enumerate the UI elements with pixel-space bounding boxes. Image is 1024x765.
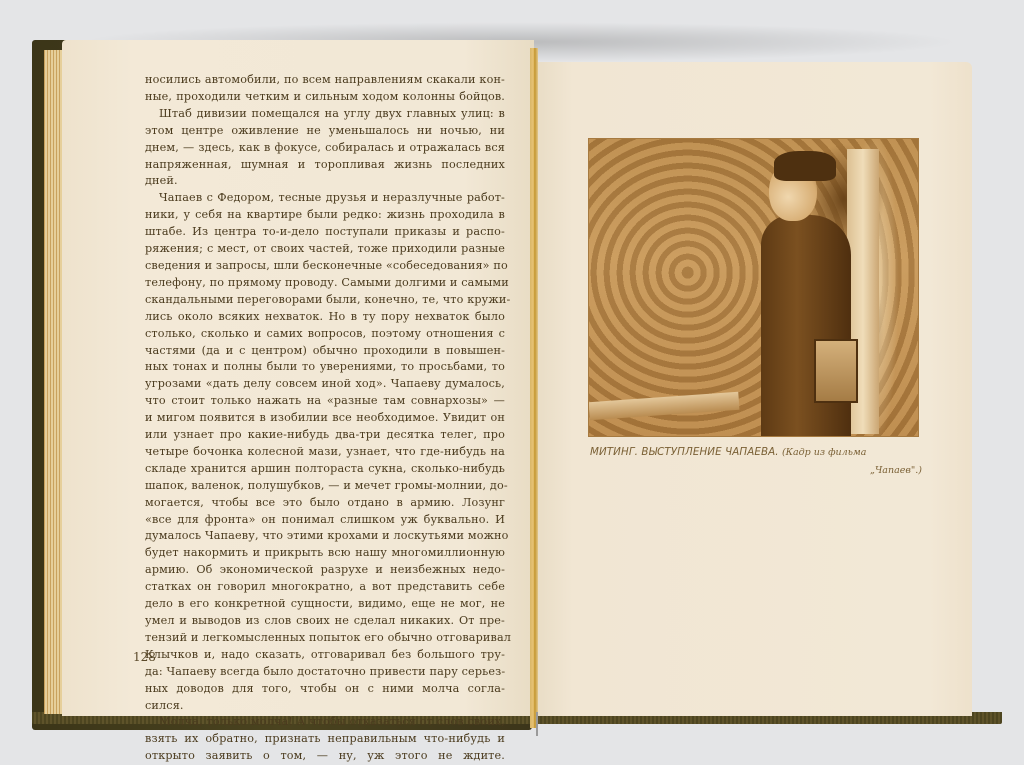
text-line: скандальными переговорами были, конечно,…	[145, 292, 505, 309]
text-line: лись около всяких нехваток. Но в ту пору…	[145, 309, 505, 326]
left-page-text: носились автомобили, по всем направления…	[145, 72, 505, 765]
text-line: складе хранится аршин полтораста сукна, …	[145, 461, 505, 478]
page-number: 128	[133, 650, 156, 664]
text-line: носились автомобили, по всем направления…	[145, 72, 505, 89]
text-line: ники, у себя на квартире были редко: жиз…	[145, 207, 505, 224]
book-spine-gutter	[530, 48, 538, 728]
text-line: будет накормить и прикрыть всю нашу мног…	[145, 545, 505, 562]
text-line: думалось Чапаеву, что этими крохами и ло…	[145, 528, 505, 545]
text-line: Клычков и, надо сказать, отговаривал без…	[145, 647, 505, 664]
film-still-photo	[588, 138, 919, 437]
text-line: тензий и легкомысленных попыток его обыч…	[145, 630, 505, 647]
text-line: армию. Об экономической разрухе и неизбе…	[145, 562, 505, 579]
text-line: открыто заявить о том, — ну, уж этого не…	[145, 748, 505, 765]
photo-railing	[589, 392, 740, 420]
text-line: шапок, валенок, полушубков, — и мечет гр…	[145, 478, 505, 495]
text-line: статках он говорил многократно, а вот пр…	[145, 579, 505, 596]
photo-map-case	[814, 339, 858, 403]
text-line: да: Чапаеву всегда было достаточно приве…	[145, 664, 505, 681]
text-line: и мигом появится в изобилии все необходи…	[145, 410, 505, 427]
text-line: дело в его конкретной сущности, видимо, …	[145, 596, 505, 613]
text-line: частями (да и с центром) обычно проходил…	[145, 343, 505, 360]
caption-source: (Кадр из фильма	[782, 447, 866, 458]
caption-source-film: „Чапаев".)	[590, 462, 930, 480]
text-line: «все для фронта» он понимал слишком уж б…	[145, 512, 505, 529]
caption-title: МИТИНГ. ВЫСТУПЛЕНИЕ ЧАПАЕВА.	[590, 446, 779, 458]
text-line: столько, сколько и самих вопросов, поэто…	[145, 326, 505, 343]
text-line: угрозами «дать делу совсем иной ход». Ча…	[145, 376, 505, 393]
text-line: могается, чтобы все это было отдано в ар…	[145, 495, 505, 512]
text-line: ные, проходили четким и сильным ходом ко…	[145, 89, 505, 106]
text-line: Чапаев с Федором, тесные друзья и неразл…	[145, 190, 505, 207]
text-line: сился.	[145, 698, 505, 715]
text-line: штабе. Из центра то-и-дело поступали при…	[145, 224, 505, 241]
text-line: телефону, по прямому проводу. Самыми дол…	[145, 275, 505, 292]
text-line: сведения и запросы, шли бесконечные «соб…	[145, 258, 505, 275]
text-line: четыре бочонка колесной мази, узнает, чт…	[145, 444, 505, 461]
text-line: Молча, только молча! А чтобы отказаться …	[145, 714, 505, 731]
text-line: ряжения; с мест, от своих частей, тоже п…	[145, 241, 505, 258]
text-line: что стоит только нажать на «разные там с…	[145, 393, 505, 410]
text-line: напряженная, шумная и торопливая жизнь п…	[145, 157, 505, 174]
text-line: Штаб дивизии помещался на углу двух глав…	[145, 106, 505, 123]
photo-caption: МИТИНГ. ВЫСТУПЛЕНИЕ ЧАПАЕВА. (Кадр из фи…	[590, 443, 930, 480]
text-line: дней.	[145, 173, 505, 190]
photo-speaker-hat	[774, 151, 836, 181]
text-line: днем, — здесь, как в фокусе, собиралась …	[145, 140, 505, 157]
text-line: этом центре оживление не уменьшалось ни …	[145, 123, 505, 140]
bookmark-thread	[536, 712, 538, 736]
text-line: ных тонах и полны были то уверениями, то…	[145, 359, 505, 376]
text-line: умел и выводов из слов своих не сделал н…	[145, 613, 505, 630]
text-line: ных доводов для того, чтобы он с ними мо…	[145, 681, 505, 698]
text-line: или узнает про какие-нибудь два-три деся…	[145, 427, 505, 444]
text-line: взять их обратно, признать неправильным …	[145, 731, 505, 748]
